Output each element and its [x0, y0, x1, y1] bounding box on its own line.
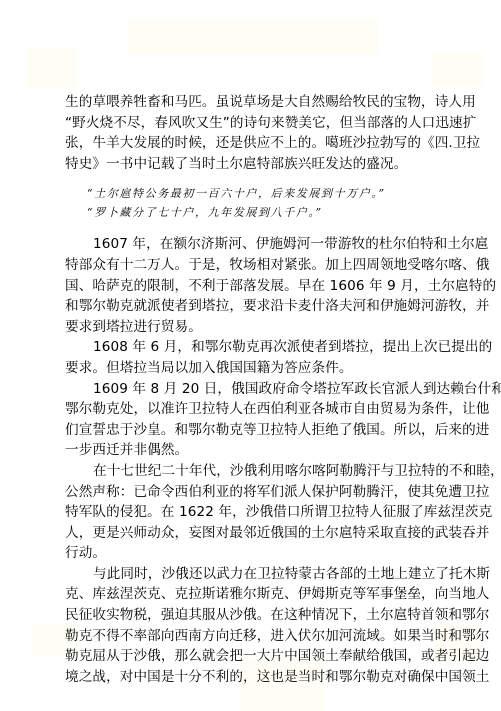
- paragraph-1608: 1608 年 6 月，和鄂尔勒克再次派使者到塔拉，提出上次已提出的 要求。但塔拉…: [65, 337, 437, 378]
- text-line: 特军队的侵犯。在 1622 年，沙俄借口所谓卫拉特人征服了库兹涅茨克: [65, 502, 437, 523]
- text-line: 公然声称：已命令西伯利亚的将军们派人保护阿勒腾汗，使其免遭卫拉: [65, 482, 437, 503]
- quote-line: “罗卜藏分了七十户，九年发展到八千户。”: [87, 203, 437, 222]
- quote-line: “土尔扈特公务最初一百六十户，后来发展到十万户。”: [87, 184, 437, 203]
- text-line: 勒克不得不率部向西南方向迁移，进入伏尔加河流域。如果当时和鄂尔: [65, 626, 437, 647]
- text-line: 鄂尔勒克处，以准许卫拉特人在西伯利亚各城市自由贸易为条件，让他: [65, 399, 437, 420]
- text-line: 要求。但塔拉当局以加入俄国国籍为答应条件。: [65, 358, 437, 379]
- text-line: 张，牛羊大发展的时候，还是供应不上的。噶班沙拉勃写的《四.卫拉: [65, 133, 437, 154]
- text-line: 人，更是兴师动众，妄图对最邻近俄国的土尔扈特采取直接的武装吞并: [65, 523, 437, 544]
- text-line: 国、哈萨克的限制，不利于部落发展。早在 1606 年 9 月，土尔扈特的: [65, 276, 437, 297]
- text-line: 克、库兹涅茨克、克拉斯诺雅尔斯克、伊姆斯克等军事堡垒，向当地人: [65, 584, 437, 605]
- paragraph-1620s: 在十七世纪二十年代，沙俄利用喀尔喀阿勒腾汗与卫拉特的不和睦， 公然声称：已命令西…: [65, 461, 437, 564]
- text-line: 民征收实物税，强迫其服从沙俄。在这种情况下，土尔扈特首领和鄂尔: [65, 605, 437, 626]
- text-line: 要求到塔拉进行贸易。: [65, 317, 437, 338]
- text-line: 特部众有十二万人。于是，牧场相对紧张。加上四周领地受喀尔喀、俄: [65, 255, 437, 276]
- text-line: 行动。: [65, 543, 437, 564]
- text-line: 1608 年 6 月，和鄂尔勒克再次派使者到塔拉，提出上次已提出的: [65, 337, 437, 358]
- decor-block-top: [128, 19, 378, 55]
- text-line: 1607 年，在额尔济斯河、伊施姆河一带游牧的杜尔伯特和土尔扈: [65, 234, 437, 255]
- text-line: 一步西迁并非偶然。: [65, 440, 437, 461]
- paragraph-1609: 1609 年 8 月 20 日，俄国政府命令塔拉军政长官派人到达赖台什和 鄂尔勒…: [65, 379, 437, 461]
- text-line: 与此同时，沙俄还以武力在卫拉特蒙古各部的土地上建立了托木斯: [65, 564, 437, 585]
- decor-block-top-right: [431, 52, 483, 86]
- text-line: 生的草喂养牲畜和马匹。虽说草场是大自然赐给牧民的宝物，诗人用: [65, 92, 437, 113]
- decor-block-top-left: [27, 48, 77, 88]
- text-line: 境之战，对中国是十分不利的，这也是当时和鄂尔勒克对确保中国领土: [65, 667, 437, 688]
- paragraph-fortresses: 与此同时，沙俄还以武力在卫拉特蒙古各部的土地上建立了托木斯 克、库兹涅茨克、克拉…: [65, 564, 437, 688]
- intro-paragraph: 生的草喂养牲畜和马匹。虽说草场是大自然赐给牧民的宝物，诗人用 “野火烧不尽，春风…: [65, 92, 437, 174]
- text-line: 特史》一书中记载了当时土尔扈特部族兴旺发达的盛况。: [65, 154, 437, 175]
- text-line: “野火烧不尽，春风吹又生”的诗句来赞美它，但当部落的人口迅速扩: [65, 113, 437, 134]
- document-page: 生的草喂养牲畜和马匹。虽说草场是大自然赐给牧民的宝物，诗人用 “野火烧不尽，春风…: [65, 92, 437, 687]
- quotation-block: “土尔扈特公务最初一百六十户，后来发展到十万户。” “罗卜藏分了七十户，九年发展…: [65, 184, 437, 222]
- text-line: 1609 年 8 月 20 日，俄国政府命令塔拉军政长官派人到达赖台什和: [65, 379, 437, 400]
- text-line: 和鄂尔勒克就派使者到塔拉，要求沿卡麦什洛夫河和伊施姆河游牧，并: [65, 296, 437, 317]
- text-line: 在十七世纪二十年代，沙俄利用喀尔喀阿勒腾汗与卫拉特的不和睦，: [65, 461, 437, 482]
- text-line: 勒克屈从于沙俄，那么就会把一大片中国领土奉献给俄国，或者引起边: [65, 646, 437, 667]
- paragraph-1607: 1607 年，在额尔济斯河、伊施姆河一带游牧的杜尔伯特和土尔扈 特部众有十二万人…: [65, 234, 437, 337]
- text-line: 们宣誓忠于沙皇。和鄂尔勒克等卫拉特人拒绝了俄国。所以，后来的进: [65, 420, 437, 441]
